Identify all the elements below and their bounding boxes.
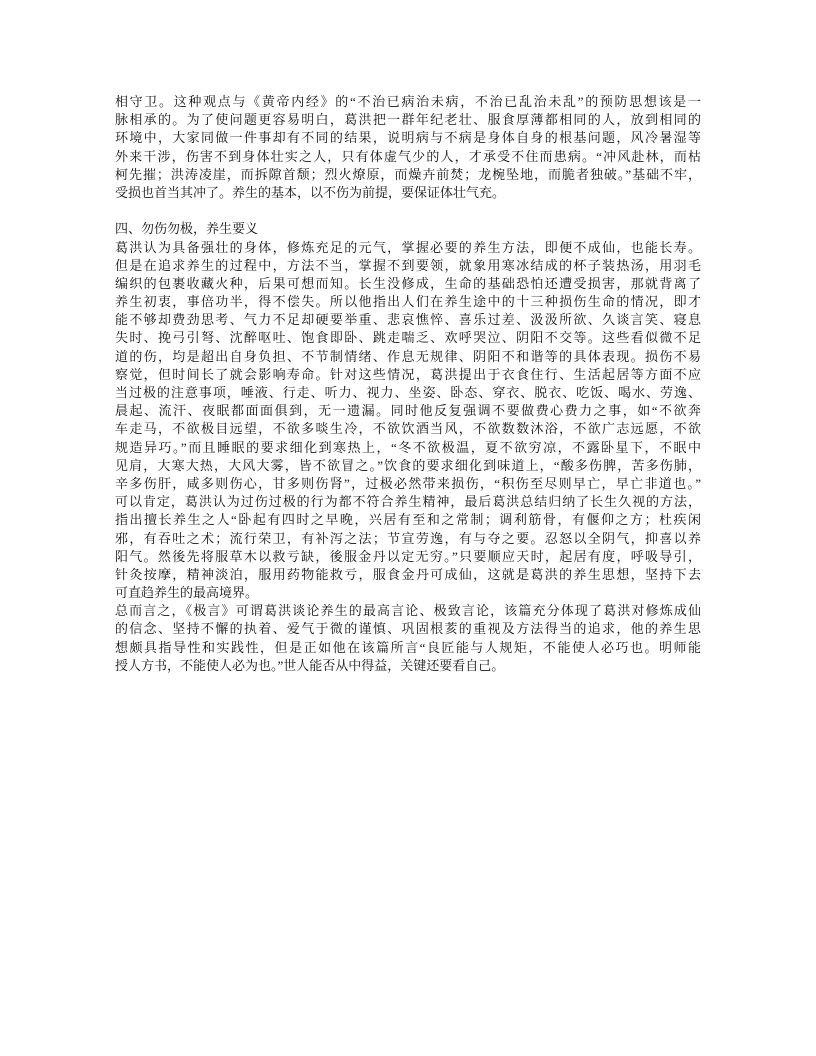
text-line: 当过极的注意事项，唾液、行走、听力、视力、坐姿、卧态、穿衣、脱衣、吃饭、喝水、劳… bbox=[115, 384, 701, 402]
text-line: 可以肯定，葛洪认为过伤过极的行为都不符合养生精神，最后葛洪总结归纳了长生久视的方… bbox=[115, 493, 701, 511]
text-line: 针灸按摩，精神淡泊，服用药物能救亏，服食金丹可成仙，这就是葛洪的养生思想，坚持下… bbox=[115, 566, 701, 584]
text-line: 指出擅长养生之人“卧起有四时之早晚，兴居有至和之常制；调利筋骨，有偃仰之方；杜疾… bbox=[115, 511, 701, 529]
text-line: 辛多伤肝，咸多则伤心，甘多则伤肾”，过极必然带来损伤，“积伤至尽则早亡，早亡非道… bbox=[115, 475, 701, 493]
text-line: 规造异巧。”而且睡眠的要求细化到寒热上，“冬不欲极温，夏不欲穷凉，不露卧星下，不… bbox=[115, 439, 701, 457]
text-block: 相守卫。这种观点与《黄帝内经》的“不治已病治未病，不治已乱治未乱”的预防思想该是… bbox=[115, 93, 701, 675]
paragraph-conclusion: 总而言之，《极言》可谓葛洪谈论养生的最高言论、极致言论，该篇充分体现了葛洪对修炼… bbox=[115, 602, 701, 675]
text-line: 想颇具指导性和实践性，但是正如他在该篇所言“良匠能与人规矩，不能使人必巧也。明师… bbox=[115, 639, 701, 657]
text-line: 见肩，大寒大热，大风大雾，皆不欲冒之。”饮食的要求细化到味道上，“酸多伤脾，苦多… bbox=[115, 457, 701, 475]
text-line: 养生初衷，事倍功半，得不偿失。所以他指出人们在养生途中的十三种损伤生命的情况，即… bbox=[115, 293, 701, 311]
blank-line bbox=[115, 202, 701, 220]
text-line: 相守卫。这种观点与《黄帝内经》的“不治已病治未病，不治已乱治未乱”的预防思想该是… bbox=[115, 93, 701, 111]
text-line: 车走马，不欲极目远望，不欲多啖生冷，不欲饮酒当风，不欲数数沐浴，不欲广志远愿，不… bbox=[115, 420, 701, 438]
text-line: 道的伤，均是超出自身负担、不节制情绪、作息无规律、阴阳不和谐等的具体表现。损伤不… bbox=[115, 348, 701, 366]
paragraph-intro: 相守卫。这种观点与《黄帝内经》的“不治已病治未病，不治已乱治未乱”的预防思想该是… bbox=[115, 93, 701, 202]
text-line: 邪，有吞吐之术；流行荣卫，有补泻之法；节宣劳逸，有与夺之要。忍怒以全阴气，抑喜以… bbox=[115, 530, 701, 548]
text-line: 编织的包裹收藏火种，后果可想而知。长生没修成，生命的基础恐怕还遭受损害，那就背离… bbox=[115, 275, 701, 293]
text-line: 能不够却费劲思考、气力不足却硬要举重、悲哀憔悴、喜乐过差、汲汲所欲、久谈言笑、寝… bbox=[115, 311, 701, 329]
text-line: 晨起、流汗、夜眠都面面俱到，无一遗漏。同时他反复强调不要做费心费力之事，如“不欲… bbox=[115, 402, 701, 420]
text-line: 受损也首当其冲了。养生的基本，以不伤为前提，要保证体壮气充。 bbox=[115, 184, 701, 202]
text-line: 可直趋养生的最高境界。 bbox=[115, 584, 701, 602]
text-line: 失时、挽弓引弩、沈醉呕吐、饱食即卧、跳走喘乏、欢呼哭泣、阴阳不交等。这些看似微不… bbox=[115, 329, 701, 347]
text-line: 柯先摧；洪涛凌崖，而拆隙首颓；烈火燎原，而燥卉前焚；龙椀坠地，而脆者独破。”基础… bbox=[115, 166, 701, 184]
text-line: 的信念、坚持不懈的执着、爱气于微的谨慎、巩固根荄的重视及方法得当的追求，他的养生… bbox=[115, 620, 701, 638]
text-line: 但是在追求养生的过程中，方法不当，掌握不到要领，就象用寒冰结成的杯子装热汤，用羽… bbox=[115, 257, 701, 275]
paragraph-main: 葛洪认为具备强壮的身体，修炼充足的元气，掌握必要的养生方法，即便不成仙，也能长寿… bbox=[115, 239, 701, 603]
text-line: 环境中，大家同做一件事却有不同的结果，说明病与不病是身体自身的根基问题，风冷暑湿… bbox=[115, 129, 701, 147]
text-line: 察觉，但时间长了就会影响寿命。针对这些情况，葛洪提出于衣食住行、生活起居等方面不… bbox=[115, 366, 701, 384]
text-line: 外来干涉，伤害不到身体壮实之人，只有体虚气少的人，才承受不住而患病。“冲风赴林，… bbox=[115, 148, 701, 166]
text-line: 授人方书，不能使人必为也。”世人能否从中得益，关键还要看自己。 bbox=[115, 657, 701, 675]
text-line: 总而言之，《极言》可谓葛洪谈论养生的最高言论、极致言论，该篇充分体现了葛洪对修炼… bbox=[115, 602, 701, 620]
text-line: 阳气。然後先将服草木以救亏缺，後服金丹以定无穷。”只要顺应天时，起居有度，呼吸导… bbox=[115, 548, 701, 566]
text-line: 脉相承的。为了使问题更容易明白，葛洪把一群年纪老壮、服食厚薄都相同的人，放到相同… bbox=[115, 111, 701, 129]
document-page: 相守卫。这种观点与《黄帝内经》的“不治已病治未病，不治已乱治未乱”的预防思想该是… bbox=[0, 0, 816, 1056]
text-line: 葛洪认为具备强壮的身体，修炼充足的元气，掌握必要的养生方法，即便不成仙，也能长寿… bbox=[115, 239, 701, 257]
section-heading: 四、勿伤勿极，养生要义 bbox=[115, 220, 701, 238]
